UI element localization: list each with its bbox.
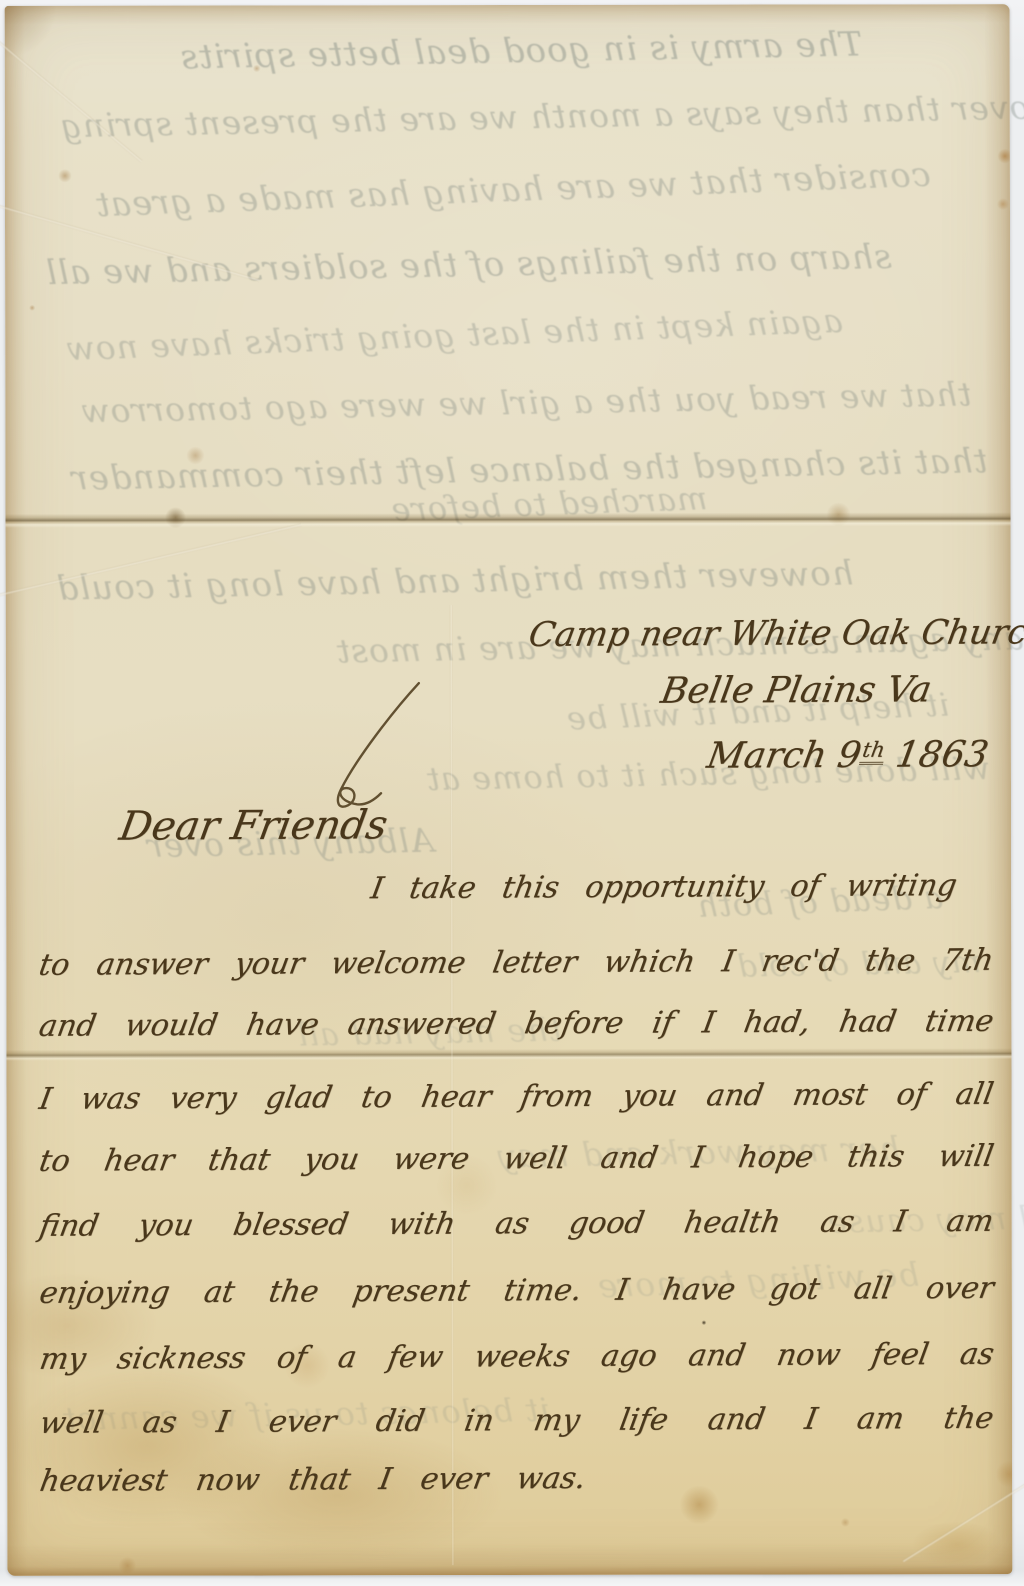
letter-text: Camp near White Oak Church Belle Plains …	[5, 4, 1013, 1576]
body-line: well as I ever did in my life and I am t…	[37, 1401, 996, 1441]
body-line: I take this opportunity of writing	[368, 868, 959, 906]
body-line: find you blessed with as good health as …	[37, 1204, 996, 1244]
body-line: enjoying at the present time. I have got…	[37, 1271, 996, 1311]
body-line: to hear that you were well and I hope th…	[37, 1139, 997, 1179]
body-line: and would have answered before if I had,…	[36, 1004, 996, 1044]
scan-background: The army is in good deal bette spiritsov…	[0, 0, 1024, 1586]
body-line: to answer your welcome letter which I re…	[36, 943, 996, 983]
body-line: my sickness of a few weeks ago and now f…	[37, 1337, 997, 1377]
letter-body: I take this opportunity of writingto ans…	[35, 4, 991, 1576]
letter-page: The army is in good deal bette spiritsov…	[5, 4, 1013, 1576]
body-line: heaviest now that I ever was.	[37, 1461, 588, 1499]
body-line: I was very glad to hear from you and mos…	[37, 1077, 996, 1117]
